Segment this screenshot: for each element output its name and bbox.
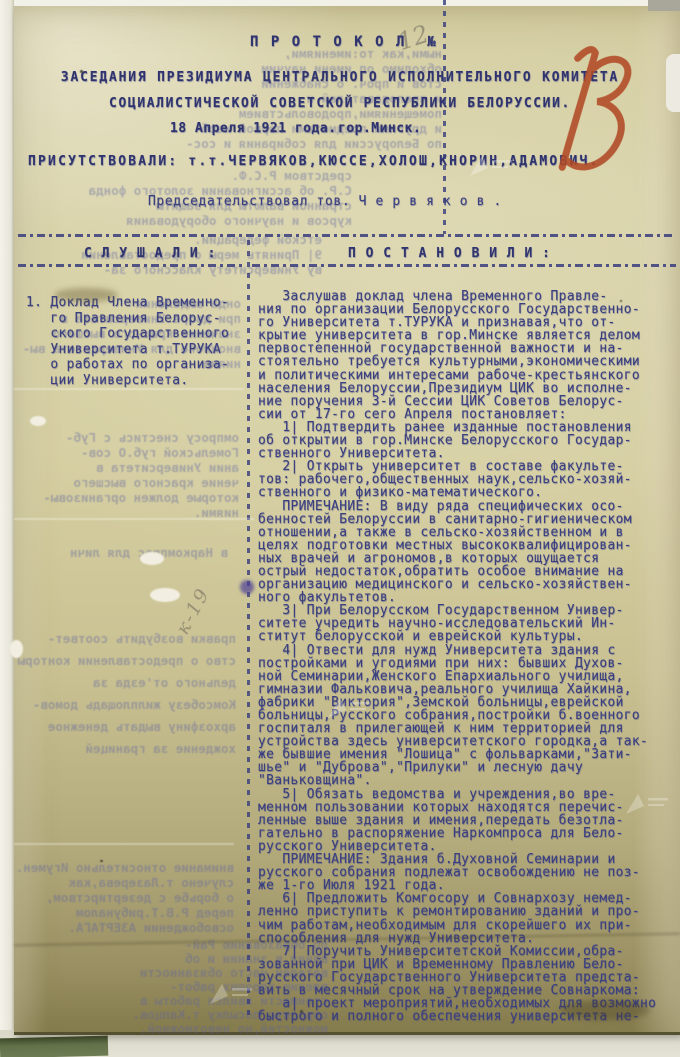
session-place: гор.Минск.	[338, 121, 421, 136]
session-date: 18 Апреля 1921 года.	[170, 121, 337, 136]
crease-line	[14, 388, 244, 390]
watermark-logo-icon	[326, 692, 372, 724]
red-folio-number	[541, 36, 642, 190]
bleedthrough-block: правки возбудить соответ- ство о предост…	[8, 628, 236, 760]
ink-blot	[240, 580, 254, 594]
speck	[100, 860, 103, 862]
resolved-heading-rule	[252, 264, 676, 267]
watermark-logo-icon	[208, 978, 254, 1010]
crease-line	[14, 843, 234, 845]
paper-hole	[150, 588, 180, 602]
stain	[54, 288, 118, 302]
column-divider-dotted-line	[247, 240, 250, 1015]
speck	[300, 1010, 303, 1013]
stain	[560, 1000, 650, 1020]
bleedthrough-block: омпросу снестись с Губ- Гомельской губ.О…	[14, 430, 239, 520]
watermark-logo-icon	[624, 788, 670, 820]
speck	[80, 70, 83, 73]
resolved-heading: П О С Т А Н О В И Л И :	[348, 246, 551, 261]
paper-hole	[30, 416, 46, 426]
heard-column-item: 1. Доклад Члена Временно- го Правления Б…	[26, 295, 229, 388]
speck	[620, 300, 622, 302]
resolved-column-text: Заслушав доклад члена Временного Правле-…	[258, 290, 656, 1023]
chairman-line: Председательствовал тов. Ч е р в я к о в…	[148, 194, 502, 209]
top-fold-dotted-line	[443, 0, 446, 234]
scan-edge-top	[14, 0, 680, 6]
red-folio-number-strokes	[541, 36, 641, 186]
document-scan: ными,как то:имениями, обходимо оп имени …	[0, 0, 680, 1057]
paper-edge-hole	[10, 640, 23, 658]
paper-corner-damage	[648, 0, 680, 11]
header-divider-rule	[18, 234, 676, 237]
watermark-logo-icon	[468, 150, 514, 182]
underlying-page-corner	[0, 1036, 108, 1057]
bleedthrough-block: в Наркомпрос для личн	[28, 545, 228, 560]
paper-edge-tear	[666, 54, 680, 112]
crease-line	[14, 518, 254, 520]
heard-heading-rule	[18, 264, 244, 267]
heard-heading: С Л У Ш А Л И :	[84, 246, 216, 261]
paper-hole	[140, 552, 164, 565]
bleedthrough-block: внимание относительно Игумен. случено т.…	[8, 860, 234, 935]
